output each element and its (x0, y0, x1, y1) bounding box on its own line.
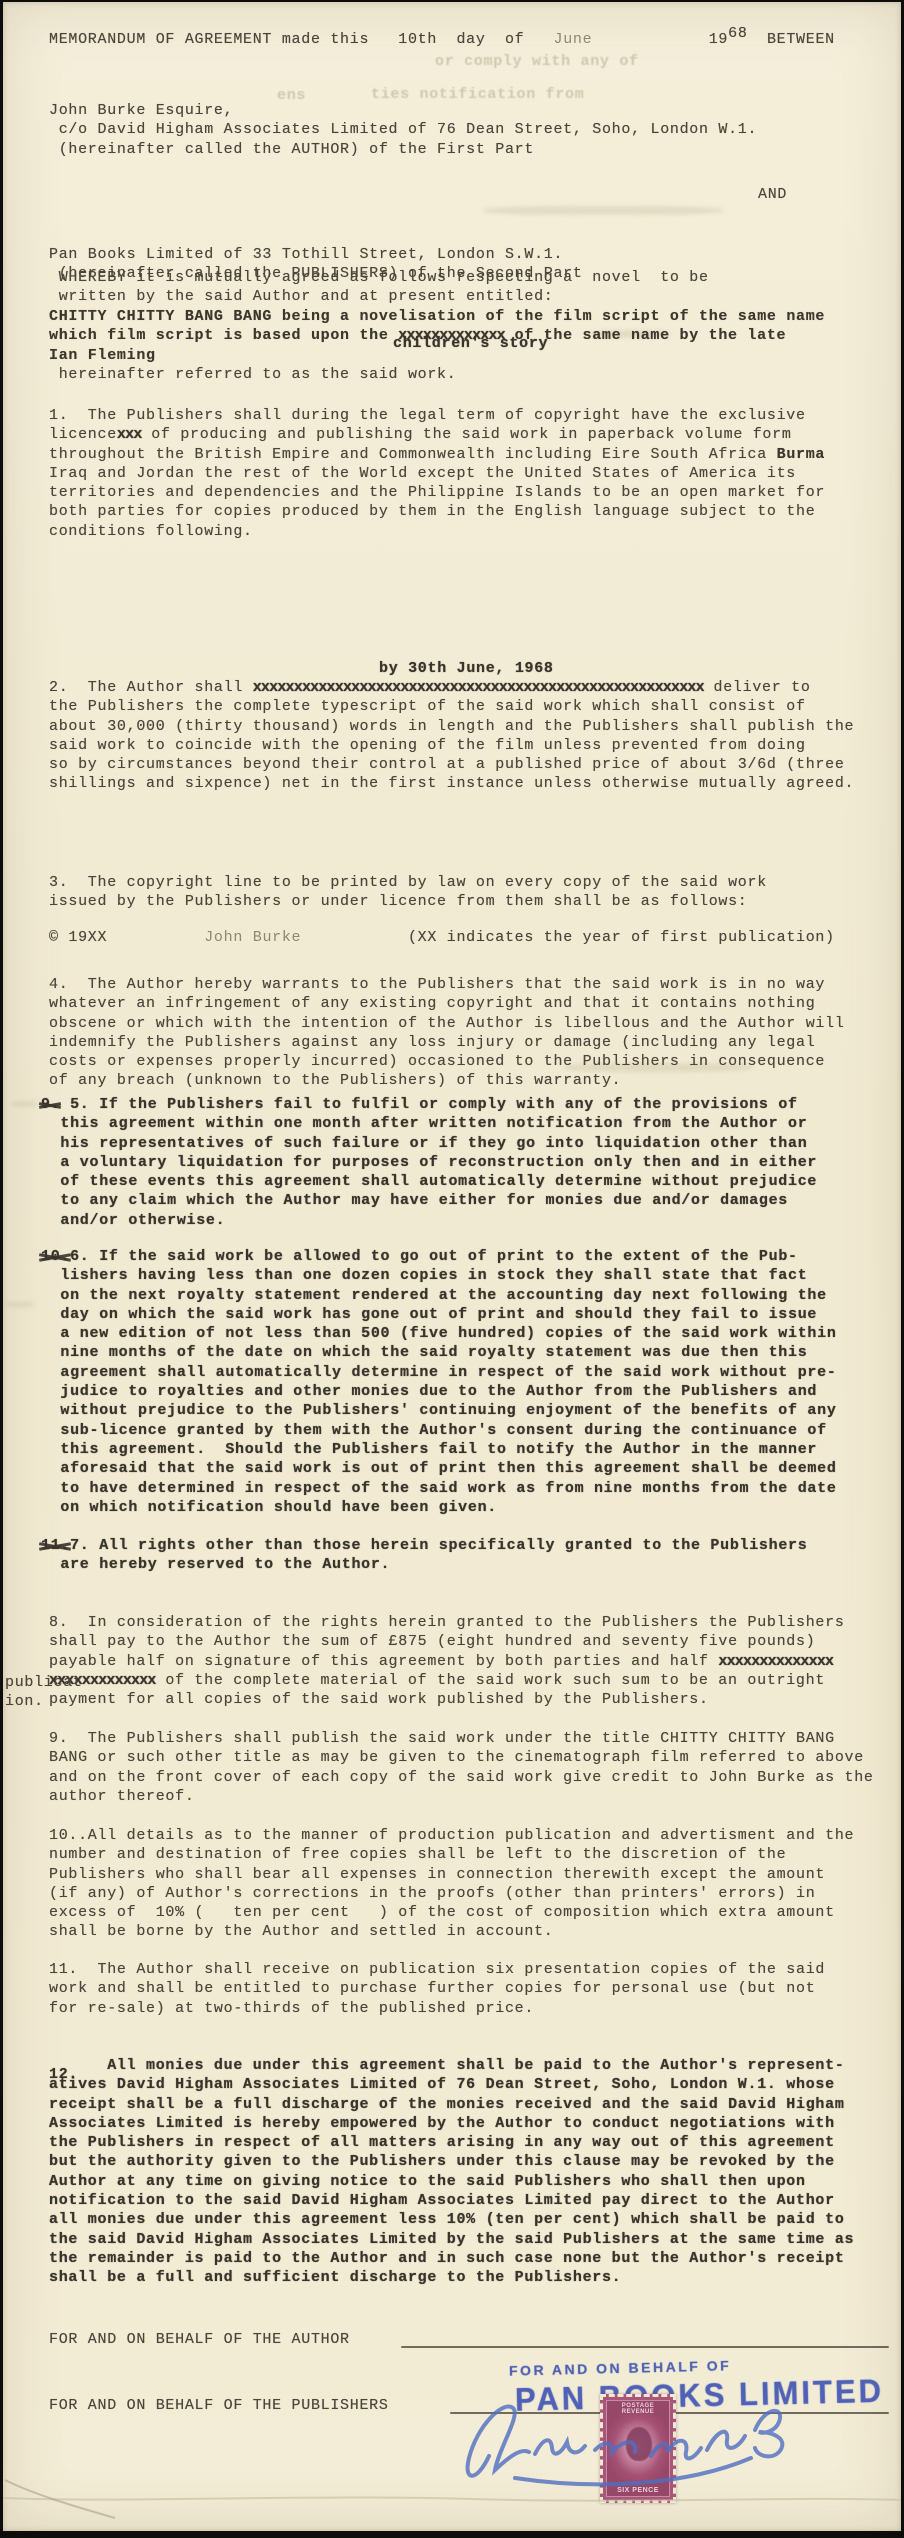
whereby-clause: WHEREBY it is mutually agreed as follows… (49, 268, 709, 307)
document-page: FOR AND ON BEHALF OF PAN BOOKS LIMITED P… (3, 2, 901, 2531)
copyright-line: © 19XX John Burke (XX indicates the year… (49, 928, 835, 947)
ink-smudge (11, 1101, 37, 1107)
signature-author-label: FOR AND ON BEHALF OF THE AUTHOR (49, 2330, 350, 2349)
header-line: MEMORANDUM OF AGREEMENT made this 10th d… (49, 30, 835, 49)
clause-9: 9. The Publishers shall publish the said… (49, 1729, 874, 1806)
and-label: AND (758, 185, 787, 204)
clause-2: 2. The Author shall xxxxxxxxxxxxxxxxxxxx… (49, 678, 854, 794)
clause-12: All monies due under this agreement shal… (49, 2056, 854, 2288)
party-author: John Burke Esquire, c/o David Higham Ass… (49, 101, 757, 159)
clause-4: 4. The Author hereby warrants to the Pub… (49, 975, 845, 1091)
margin-note-publication: publication. (5, 1673, 83, 1712)
clause-3: 3. The copyright line to be printed by l… (49, 873, 767, 912)
clause-10: 10..All details as to the manner of prod… (49, 1826, 854, 1942)
insert-delivery-date: by 30th June, 1968 (379, 659, 554, 678)
clause-5: 9. 5. If the Publishers fail to fulfil o… (41, 1095, 817, 1230)
pan-books-stamp-line1: FOR AND ON BEHALF OF (509, 2357, 731, 2378)
ghost-offset-1: or comply with any of (435, 52, 639, 71)
scanned-document: FOR AND ON BEHALF OF PAN BOOKS LIMITED P… (0, 0, 904, 2538)
clause-1: 1. The Publishers shall during the legal… (49, 406, 825, 541)
fold-crease (3, 2472, 901, 2532)
author-signature-line (401, 2346, 889, 2348)
ink-smudge (483, 206, 723, 215)
signature-publisher-label: FOR AND ON BEHALF OF THE PUBLISHERS (49, 2396, 389, 2415)
clause-7: 11.7. All rights other than those herein… (41, 1536, 807, 1575)
clause-11: 11. The Author shall receive on publicat… (49, 1960, 825, 2018)
clause-6: 10.6. If the said work be allowed to go … (41, 1247, 837, 1517)
ink-smudge (5, 1302, 35, 1307)
clause-8: 8. In consideration of the rights herein… (49, 1613, 845, 1709)
insert-childrens-story: children's story (393, 334, 548, 353)
